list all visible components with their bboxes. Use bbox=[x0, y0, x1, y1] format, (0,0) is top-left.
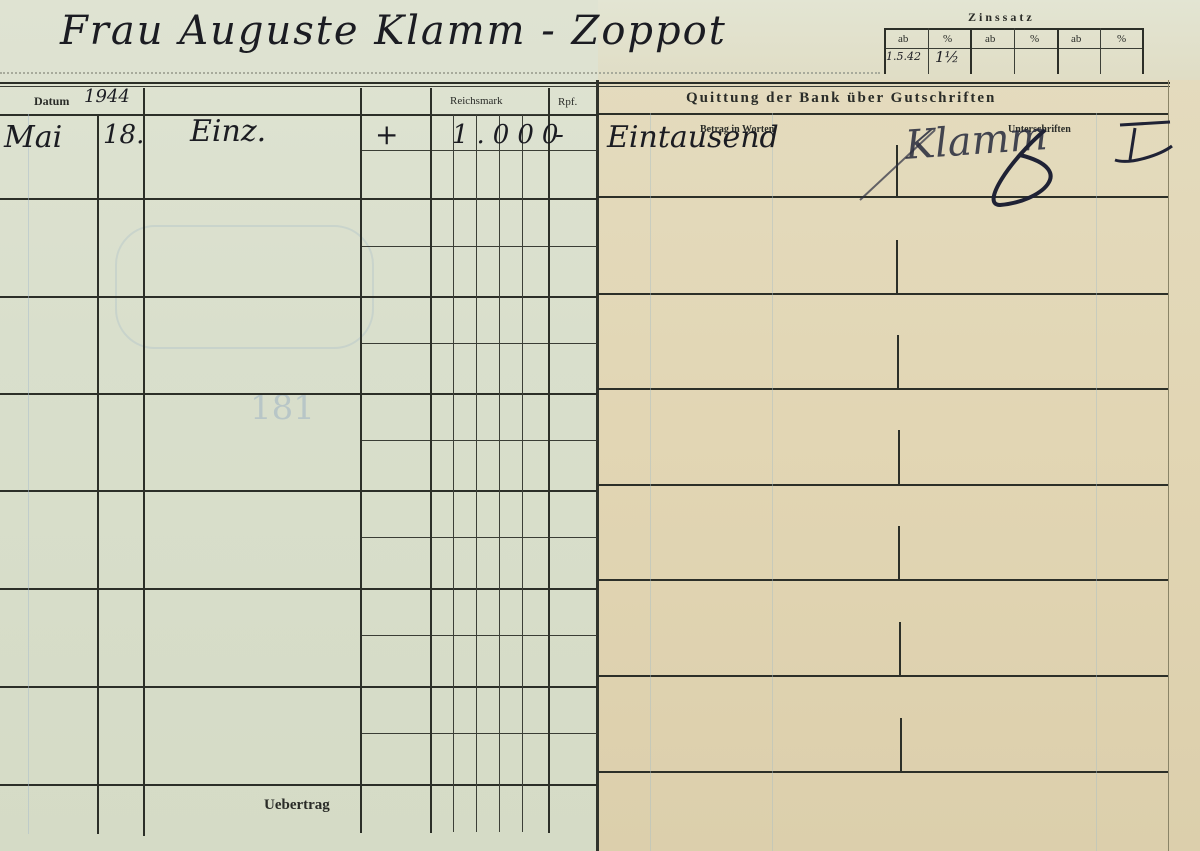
entry-text: Einz. bbox=[190, 114, 266, 149]
owner-name: Frau Auguste Klamm - Zoppot bbox=[60, 8, 727, 54]
zins-pct-value-1: 1½ bbox=[935, 48, 959, 66]
zins-pct-label-3: % bbox=[1117, 33, 1126, 45]
entry-day: 18. bbox=[103, 120, 144, 150]
uebertrag-label: Uebertrag bbox=[264, 797, 330, 814]
zins-ab-label-1: ab bbox=[898, 33, 908, 45]
year-value: 1944 bbox=[84, 86, 130, 107]
zins-ab-label-2: ab bbox=[985, 33, 995, 45]
zins-pct-label-2: % bbox=[1030, 33, 1039, 45]
entry-sign: + bbox=[375, 118, 398, 151]
datum-label: Datum bbox=[34, 94, 69, 109]
zins-ab-value-1: 1.5.42 bbox=[886, 50, 921, 63]
top-rule bbox=[0, 82, 1170, 84]
zinssatz-title: Zinssatz bbox=[968, 10, 1035, 25]
amount-in-words: Eintausend bbox=[607, 120, 779, 155]
zins-ab-label-3: ab bbox=[1071, 33, 1081, 45]
zins-pct-label-1: % bbox=[943, 33, 952, 45]
entry-reichsmark: 1.000 bbox=[452, 120, 566, 150]
name-dotted-line bbox=[0, 72, 880, 74]
reichsmark-label: Reichsmark bbox=[450, 95, 503, 107]
signature-flourish bbox=[850, 110, 1180, 220]
receipt-title: Quittung der Bank über Gutschriften bbox=[686, 90, 996, 107]
watermark-ornament bbox=[115, 225, 374, 349]
entry-rpf: - bbox=[555, 120, 564, 150]
rpf-label: Rpf. bbox=[558, 96, 577, 108]
top-rule-inner bbox=[0, 86, 1170, 87]
entry-month: Mai bbox=[4, 120, 62, 155]
